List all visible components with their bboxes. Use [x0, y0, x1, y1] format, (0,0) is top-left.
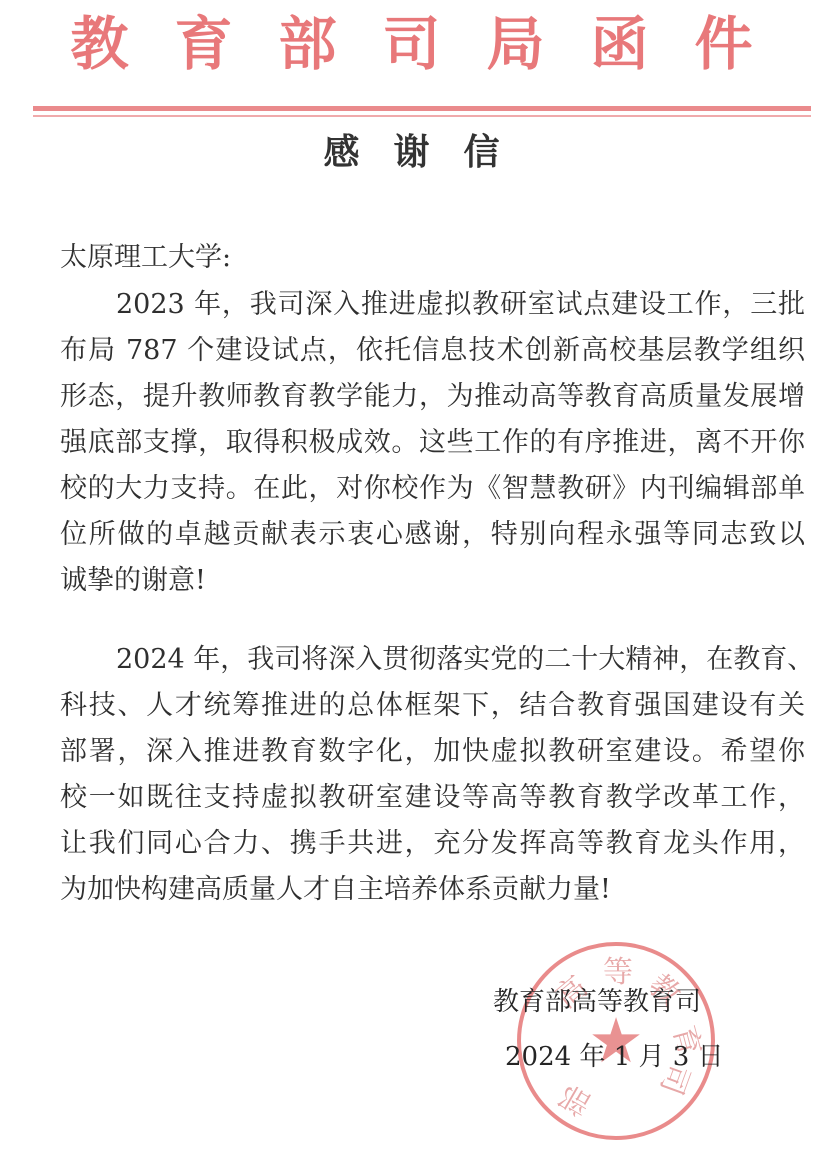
paragraph-line: 科技、人才统筹推进的总体框架下，结合教育强国建设有关 — [60, 689, 805, 723]
seal-char: 等 — [603, 958, 633, 988]
letterhead-title: 教育部司局函件 — [0, 8, 823, 80]
paragraph-line: 2023 年，我司深入推进虚拟教研室试点建设工作，三批 — [116, 288, 805, 322]
seal-char: 部 — [556, 1079, 597, 1120]
paragraph-line: 部署，深入推进教育数字化，加快虚拟教研室建设。希望你 — [60, 735, 805, 769]
salutation: 太原理工大学: — [60, 241, 805, 275]
paragraph-line: 布局 787 个建设试点，依托信息技术创新高校基层教学组织 — [60, 334, 805, 368]
paragraph-line: 校一如既往支持虚拟教研室建设等高等教育教学改革工作， — [60, 781, 805, 815]
paragraph-line: 为加快构建高质量人才自主培养体系贡献力量! — [60, 873, 805, 907]
paragraph-line: 位所做的卓越贡献表示衷心感谢，特别向程永强等同志致以 — [60, 518, 805, 552]
signature-date: 2024 年 1 月 3 日 — [505, 1040, 724, 1074]
paragraph-line: 校的大力支持。在此，对你校作为《智慧教研》内刊编辑部单 — [60, 472, 805, 506]
letterhead-rule-thin — [33, 115, 811, 117]
paragraph-line: 强底部支撑，取得积极成效。这些工作的有序推进，离不开你 — [60, 426, 805, 460]
signature-sender: 教育部高等教育司 — [493, 985, 701, 1019]
paragraph-line: 2024 年，我司将深入贯彻落实党的二十大精神，在教育、 — [116, 643, 805, 677]
letterhead-rule-thick — [33, 106, 811, 111]
letter-title: 感谢信 — [0, 128, 823, 176]
paragraph-line: 形态，提升教师教育教学能力，为推动高等教育高质量发展增 — [60, 380, 805, 414]
paragraph-line: 诚挚的谢意! — [60, 564, 805, 598]
paragraph-line: 让我们同心合力、携手共进，充分发挥高等教育龙头作用， — [60, 827, 805, 861]
